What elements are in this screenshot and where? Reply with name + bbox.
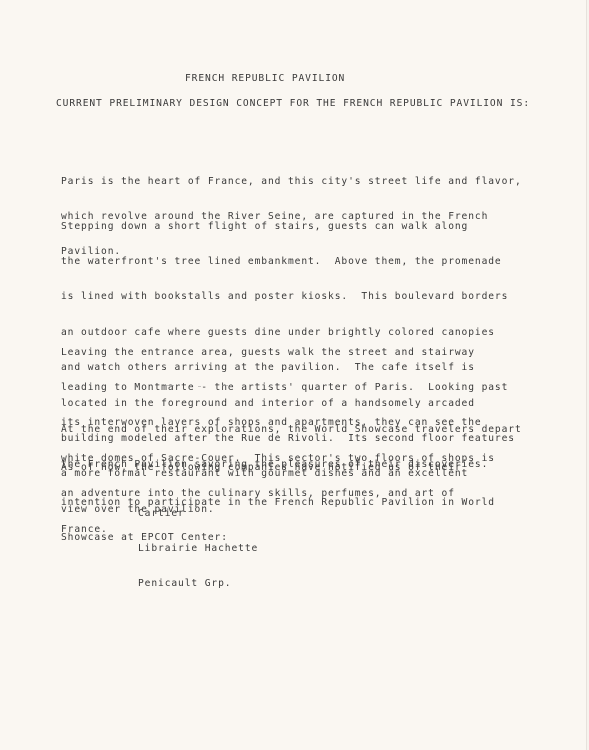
typewritten-page: FRENCH REPUBLIC PAVILION CURRENT PRELIMI… [0, 0, 587, 750]
company-item: Cartier [138, 508, 258, 520]
text-line: leading to Montmarte - the artists' quar… [61, 382, 508, 394]
text-line: Showcase at EPCOT Center: [61, 532, 495, 544]
text-line: is lined with bookstalls and poster kios… [61, 291, 515, 303]
document-title: FRENCH REPUBLIC PAVILION [185, 73, 345, 85]
company-item: Librairie Hachette [138, 543, 258, 555]
text-line: At the end of their explorations, the Wo… [61, 424, 522, 436]
company-item: Penicault Grp. [138, 578, 258, 590]
text-line: Stepping down a short flight of stairs, … [61, 221, 515, 233]
scan-artifact [198, 386, 201, 387]
scan-artifact [165, 385, 174, 386]
document-subtitle: CURRENT PRELIMINARY DESIGN CONCEPT FOR T… [56, 98, 530, 110]
text-line: Paris is the heart of France, and this c… [61, 176, 522, 188]
scan-artifact [268, 386, 270, 387]
text-line: the waterfront's tree lined embankment. … [61, 256, 515, 268]
text-line: Leaving the entrance area, guests walk t… [61, 347, 508, 359]
company-list: Cartier Librairie Hachette Penicault Grp… [138, 484, 258, 614]
text-line: intention to participate in the French R… [61, 497, 495, 509]
scan-artifact [222, 385, 228, 386]
text-line: As of now, the following companies have … [61, 462, 495, 474]
paragraph-participants: As of now, the following companies have … [61, 438, 495, 568]
